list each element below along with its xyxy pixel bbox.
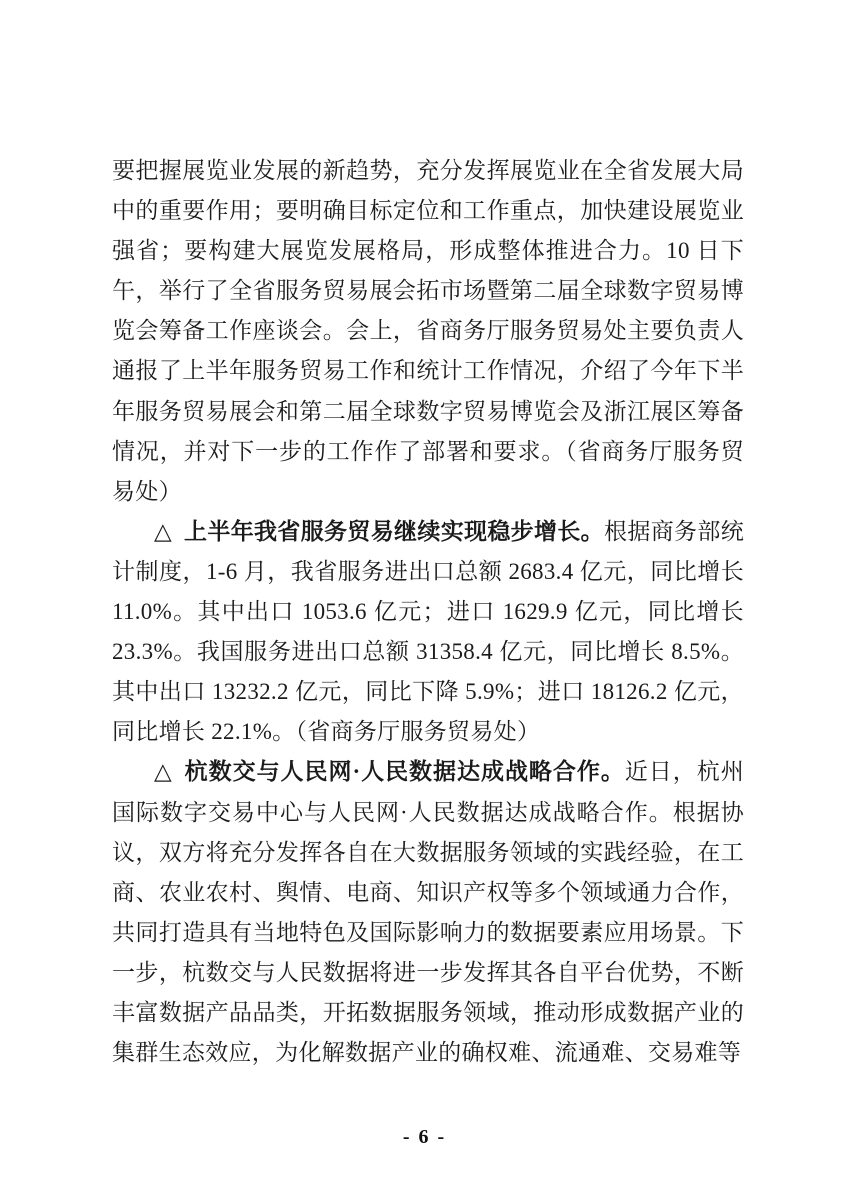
triangle-marker: △ bbox=[154, 519, 172, 544]
paragraph-continuation: 要把握展览业发展的新趋势，充分发挥展览业在全省发展大局中的重要作用；要明确目标定… bbox=[112, 151, 744, 512]
document-page: 要把握展览业发展的新趋势，充分发挥展览业在全省发展大局中的重要作用；要明确目标定… bbox=[0, 0, 849, 1200]
item-body: 近日，杭州国际数字交易中心与人民网·人民数据达成战略合作。根据协议，双方将充分发… bbox=[112, 759, 744, 1065]
item-title: 上半年我省服务贸易继续实现稳步增长。 bbox=[184, 519, 604, 544]
item-body: 根据商务部统计制度，1-6 月，我省服务进出口总额 2683.4 亿元，同比增长… bbox=[112, 519, 744, 744]
document-body: 要把握展览业发展的新趋势，充分发挥展览业在全省发展大局中的重要作用；要明确目标定… bbox=[112, 151, 744, 1073]
bulletin-item-trade-growth: △上半年我省服务贸易继续实现稳步增长。根据商务部统计制度，1-6 月，我省服务进… bbox=[112, 512, 744, 753]
bulletin-item-data-cooperation: △杭数交与人民网·人民数据达成战略合作。近日，杭州国际数字交易中心与人民网·人民… bbox=[112, 752, 744, 1073]
triangle-marker: △ bbox=[154, 759, 173, 784]
page-number: - 6 - bbox=[403, 1126, 446, 1148]
page-footer: - 6 - bbox=[0, 1126, 849, 1149]
item-title: 杭数交与人民网·人民数据达成战略合作。 bbox=[185, 759, 625, 784]
